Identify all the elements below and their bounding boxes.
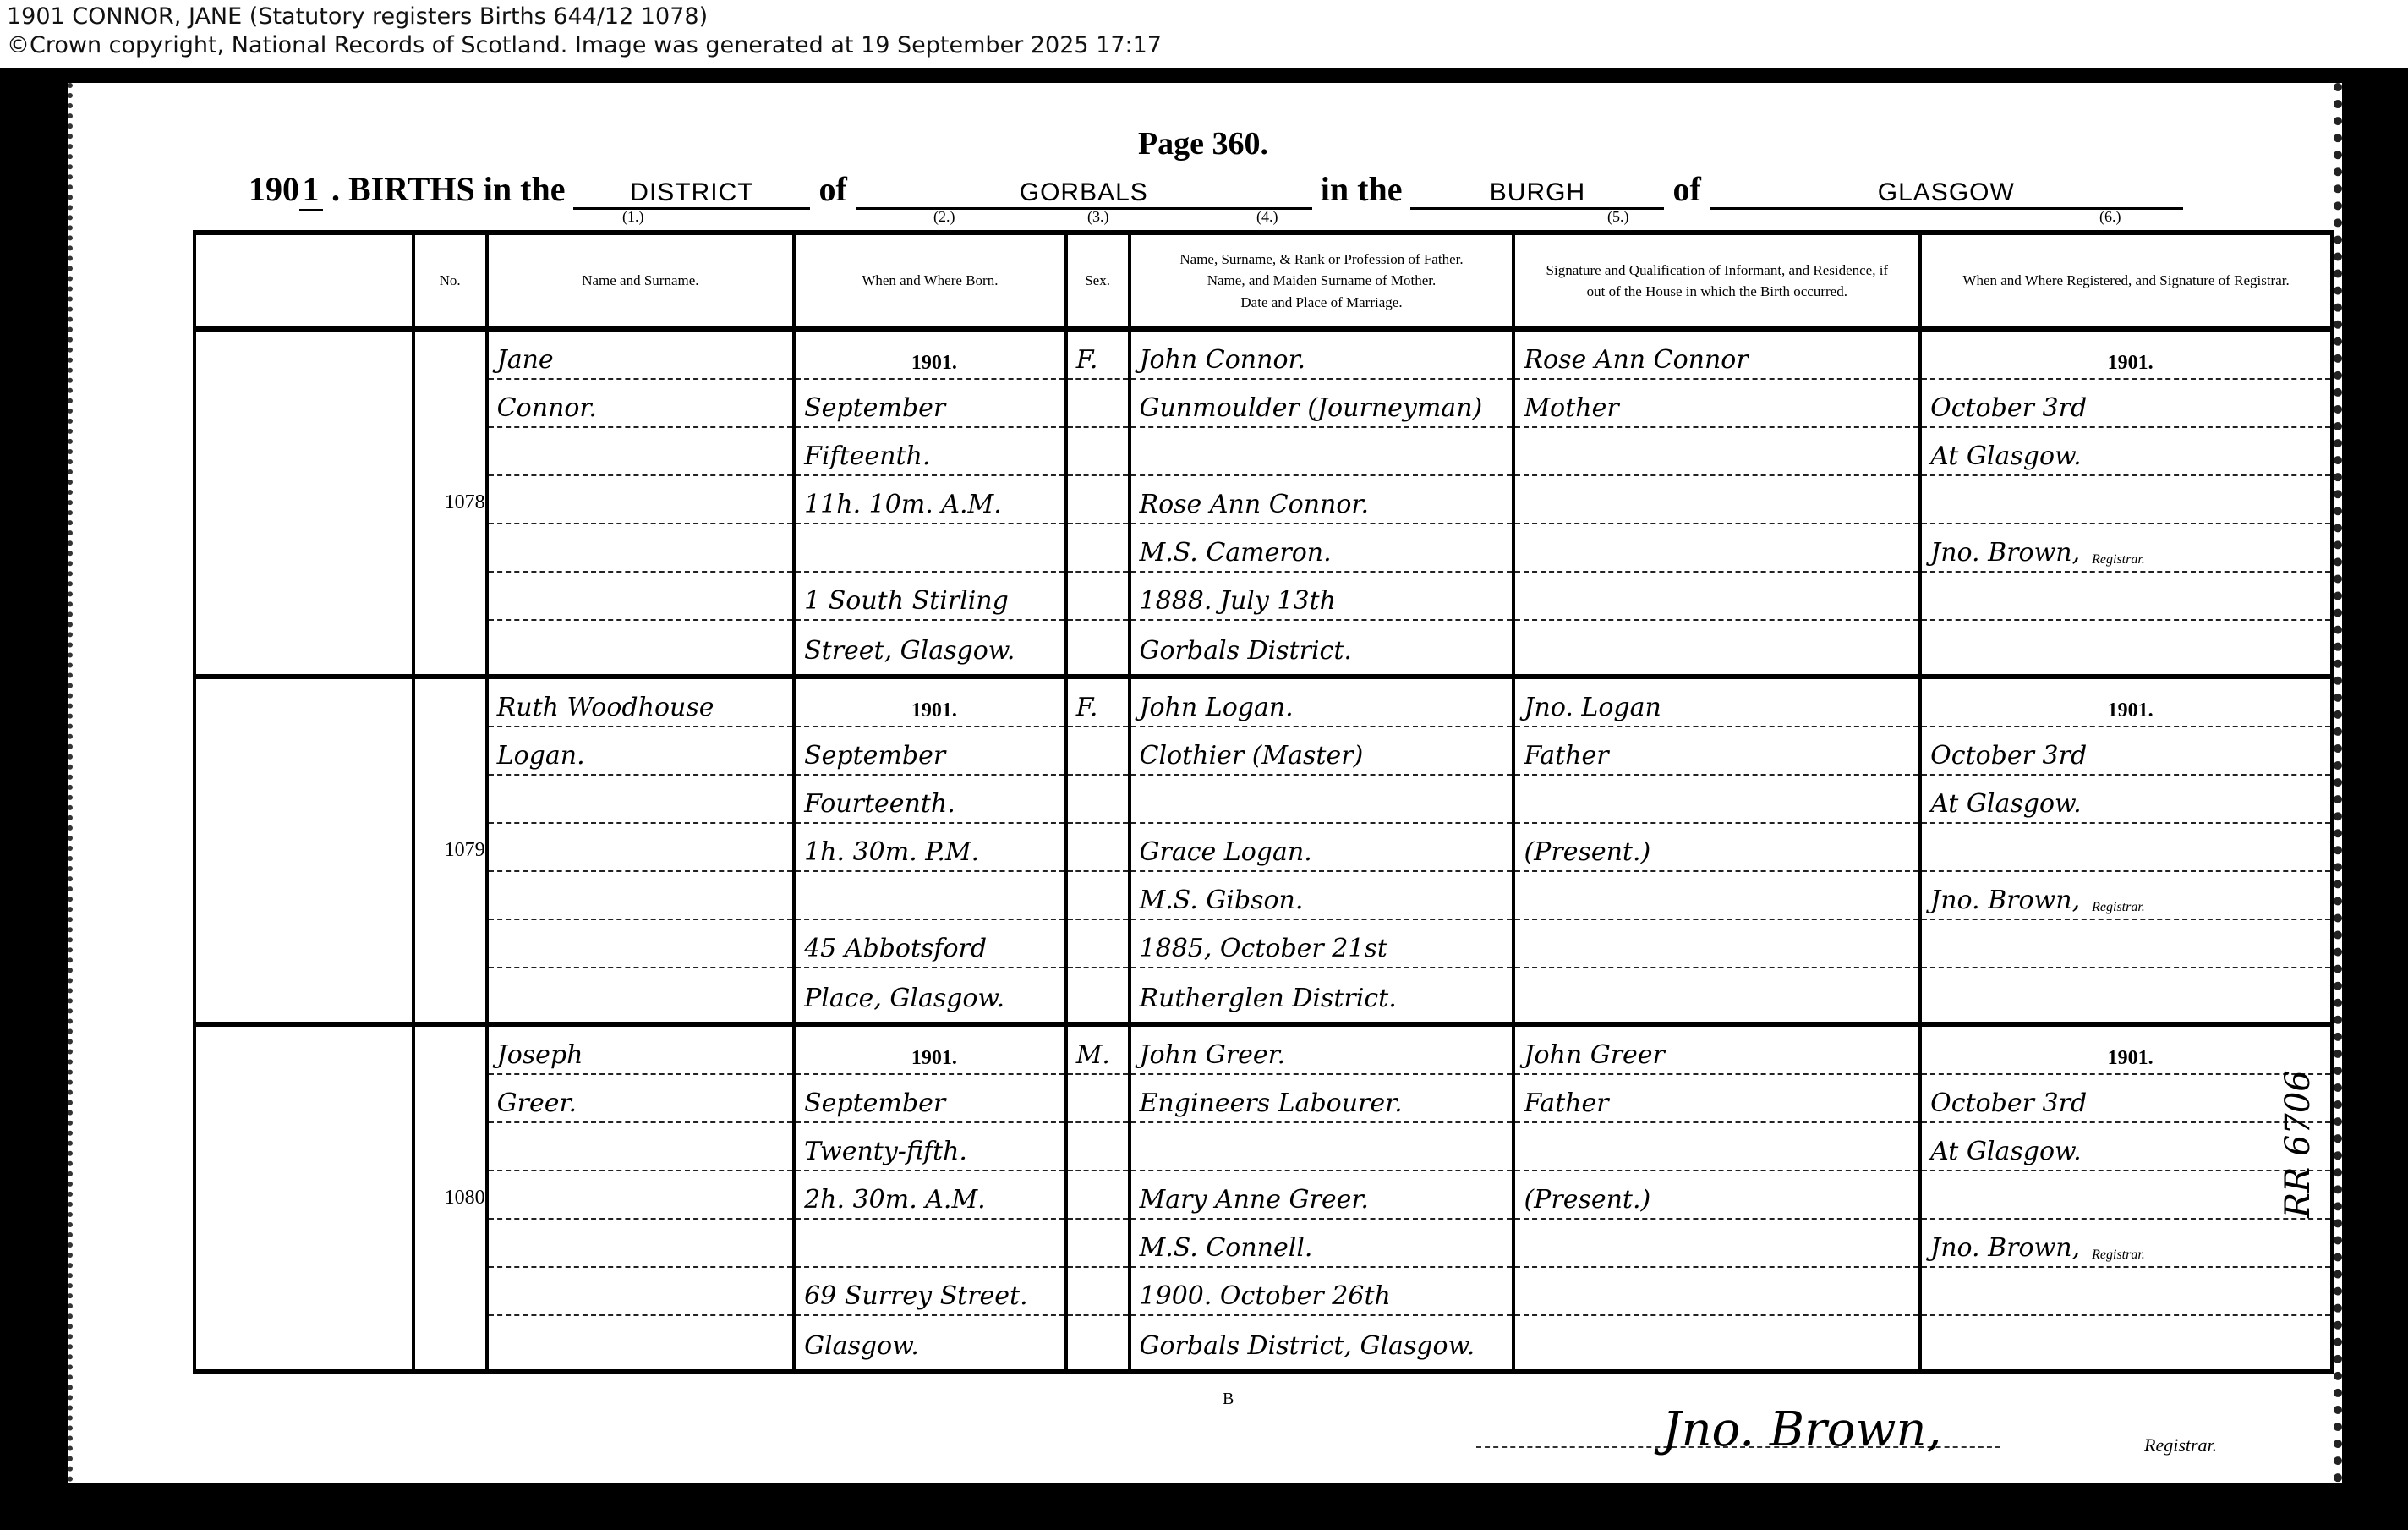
child-name-line: Connor. — [489, 380, 792, 428]
informant-line — [1515, 524, 1918, 573]
registered-line — [1922, 968, 2330, 1017]
header-sex: Sex. — [1066, 233, 1130, 329]
registered-lines: 1901.October 3rdAt Glasgow.Jno. Brown,Re… — [1922, 679, 2330, 1022]
child-name-line: Logan. — [489, 727, 792, 776]
born-line: September — [796, 1075, 1064, 1123]
parents-cell: John Greer.Engineers Labourer.Mary Anne … — [1130, 1024, 1514, 1372]
registrar-signature: Jno. Brown, — [1930, 538, 2080, 568]
registered-cell: 1901.October 3rdAt Glasgow.Jno. Brown,Re… — [1920, 1024, 2332, 1372]
sex-cell: F. — [1066, 329, 1130, 677]
sex-line — [1068, 1316, 1128, 1364]
register-heading: 1901 . BIRTHS in the DISTRICT of GORBALS… — [249, 169, 2183, 211]
parents-line — [1131, 776, 1513, 824]
born-line — [796, 524, 1064, 573]
born-line: September — [796, 380, 1064, 428]
registered-line: October 3rd — [1922, 727, 2330, 776]
margin-cell — [194, 1024, 413, 1372]
child-name-cell: Ruth WoodhouseLogan. — [487, 677, 794, 1024]
parents-line: Gorbals District, Glasgow. — [1131, 1316, 1513, 1364]
sex-line — [1068, 428, 1128, 476]
born-line: Place, Glasgow. — [796, 968, 1064, 1017]
born-line: 11h. 10m. A.M. — [796, 476, 1064, 524]
parents-line: 1885, October 21st — [1131, 920, 1513, 968]
informant-cell: John GreerFather(Present.) — [1513, 1024, 1920, 1372]
informant-line: John Greer — [1515, 1027, 1918, 1075]
entry-number: 1079 — [413, 677, 487, 1024]
born-line: Glasgow. — [796, 1316, 1064, 1364]
born-line: 1h. 30m. P.M. — [796, 824, 1064, 872]
informant-line — [1515, 1316, 1918, 1364]
header-informant: Signature and Qualification of Informant… — [1513, 233, 1920, 329]
district-name: GORBALS — [856, 178, 1312, 210]
sex-value: F. — [1068, 332, 1128, 380]
child-name-lines: Ruth WoodhouseLogan. — [489, 679, 792, 1022]
informant-line: (Present.) — [1515, 824, 1918, 872]
informant-line: Father — [1515, 727, 1918, 776]
child-name-line — [489, 776, 792, 824]
child-name-line — [489, 872, 792, 920]
informant-line — [1515, 476, 1918, 524]
copyright-notice: ©Crown copyright, National Records of Sc… — [7, 32, 1162, 58]
margin-header — [194, 233, 413, 329]
parents-line: Gunmoulder (Journeyman) — [1131, 380, 1513, 428]
informant-lines: Jno. LoganFather(Present.) — [1515, 679, 1918, 1022]
registered-line: Jno. Brown,Registrar. — [1922, 524, 2330, 573]
table-header-row: No. Name and Surname. When and Where Bor… — [194, 233, 2332, 329]
sex-line — [1068, 621, 1128, 669]
registrar-label: Registrar. — [2144, 1434, 2217, 1456]
table-row: 1080JosephGreer.1901.SeptemberTwenty-fif… — [194, 1024, 2332, 1372]
registrar-signature: Jno. Brown, — [1930, 1233, 2080, 1263]
born-line: 1901. — [796, 679, 1064, 727]
registered-lines: 1901.October 3rdAt Glasgow.Jno. Brown,Re… — [1922, 332, 2330, 674]
parents-lines: John Logan.Clothier (Master)Grace Logan.… — [1131, 679, 1513, 1022]
header-parents: Name, Surname, & Rank or Profession of F… — [1130, 233, 1514, 329]
informant-line: Rose Ann Connor — [1515, 332, 1918, 380]
registered-line: 1901. — [1922, 679, 2330, 727]
sex-line — [1068, 776, 1128, 824]
registered-line — [1922, 1268, 2330, 1316]
sex-line — [1068, 1220, 1128, 1268]
registered-line — [1922, 476, 2330, 524]
informant-line — [1515, 872, 1918, 920]
parents-line: 1888. July 13th — [1131, 573, 1513, 621]
margin-cell — [194, 677, 413, 1024]
child-name-line — [489, 1123, 792, 1171]
child-name-line — [489, 573, 792, 621]
parents-line: Rose Ann Connor. — [1131, 476, 1513, 524]
registered-line — [1922, 920, 2330, 968]
table-row: 1079Ruth WoodhouseLogan.1901.SeptemberFo… — [194, 677, 2332, 1024]
registered-line: Jno. Brown,Registrar. — [1922, 1220, 2330, 1268]
sex-line — [1068, 380, 1128, 428]
registrar-signature: Jno. Brown, — [1662, 1402, 1941, 1457]
registered-line: At Glasgow. — [1922, 776, 2330, 824]
parents-line: Engineers Labourer. — [1131, 1075, 1513, 1123]
year-suffix: 1 — [299, 169, 323, 211]
registered-line — [1922, 621, 2330, 669]
informant-lines: John GreerFather(Present.) — [1515, 1027, 1918, 1369]
born-line: 69 Surrey Street. — [796, 1268, 1064, 1316]
entry-number: 1078 — [413, 329, 487, 677]
registered-line: Jno. Brown,Registrar. — [1922, 872, 2330, 920]
registered-line: October 3rd — [1922, 1075, 2330, 1123]
informant-cell: Jno. LoganFather(Present.) — [1513, 677, 1920, 1024]
sex-line — [1068, 524, 1128, 573]
sex-line — [1068, 573, 1128, 621]
sex-value: F. — [1068, 679, 1128, 727]
register-page: Page 360. 1901 . BIRTHS in the DISTRICT … — [68, 83, 2342, 1483]
page-title: Page 360. — [73, 125, 2334, 162]
burgh-type: BURGH — [1410, 178, 1664, 210]
informant-line — [1515, 428, 1918, 476]
sex-lines: F. — [1068, 332, 1128, 674]
margin-cell — [194, 329, 413, 677]
informant-line: Mother — [1515, 380, 1918, 428]
informant-line — [1515, 573, 1918, 621]
child-name-line — [489, 968, 792, 1017]
registered-lines: 1901.October 3rdAt Glasgow.Jno. Brown,Re… — [1922, 1027, 2330, 1369]
informant-cell: Rose Ann ConnorMother — [1513, 329, 1920, 677]
in-the-label: in the — [1321, 170, 1403, 208]
column-number-3: (3.) — [1087, 208, 1109, 226]
registered-line: October 3rd — [1922, 380, 2330, 428]
record-title: 1901 CONNOR, JANE (Statutory registers B… — [7, 3, 708, 30]
child-name-line: Jane — [489, 332, 792, 380]
child-name-lines: JosephGreer. — [489, 1027, 792, 1369]
signature-mark: B — [1223, 1390, 1234, 1409]
registrar-signature: Jno. Brown, — [1930, 886, 2080, 915]
informant-line — [1515, 968, 1918, 1017]
born-line: 1901. — [796, 332, 1064, 380]
header-registered: When and Where Registered, and Signature… — [1920, 233, 2332, 329]
of-label-1: of — [818, 170, 846, 208]
registered-line: 1901. — [1922, 332, 2330, 380]
born-line: Fifteenth. — [796, 428, 1064, 476]
registered-line — [1922, 1171, 2330, 1220]
header-no: No. — [413, 233, 487, 329]
informant-line — [1515, 1123, 1918, 1171]
sex-line — [1068, 1171, 1128, 1220]
born-lines: 1901.SeptemberTwenty-fifth.2h. 30m. A.M.… — [796, 1027, 1064, 1369]
parents-cell: John Connor.Gunmoulder (Journeyman)Rose … — [1130, 329, 1514, 677]
born-line: Twenty-fifth. — [796, 1123, 1064, 1171]
header-mother: Name, and Maiden Surname of Mother. — [1131, 270, 1513, 292]
sex-line — [1068, 1123, 1128, 1171]
informant-line — [1515, 1268, 1918, 1316]
child-name-line — [489, 524, 792, 573]
child-name-cell: JosephGreer. — [487, 1024, 794, 1372]
registrar-label: Registrar. — [2092, 1248, 2145, 1263]
parents-line: M.S. Cameron. — [1131, 524, 1513, 573]
child-name-line — [489, 920, 792, 968]
sex-value: M. — [1068, 1027, 1128, 1075]
burgh-name: GLASGOW — [1710, 178, 2183, 210]
child-name-line — [489, 1268, 792, 1316]
registered-line: At Glasgow. — [1922, 1123, 2330, 1171]
parents-line: John Logan. — [1131, 679, 1513, 727]
born-line — [796, 872, 1064, 920]
sex-line — [1068, 476, 1128, 524]
header-marriage: Date and Place of Marriage. — [1131, 292, 1513, 314]
registered-line — [1922, 824, 2330, 872]
born-line: September — [796, 727, 1064, 776]
born-line: 1 South Stirling — [796, 573, 1064, 621]
child-name-line — [489, 1220, 792, 1268]
sex-line — [1068, 1268, 1128, 1316]
parents-line: 1900. October 26th — [1131, 1268, 1513, 1316]
sex-cell: F. — [1066, 677, 1130, 1024]
registered-line: 1901. — [1922, 1027, 2330, 1075]
parents-line: Mary Anne Greer. — [1131, 1171, 1513, 1220]
parents-lines: John Connor.Gunmoulder (Journeyman)Rose … — [1131, 332, 1513, 674]
births-in-the-label: . BIRTHS in the — [331, 170, 565, 208]
header-name: Name and Surname. — [487, 233, 794, 329]
born-line: Street, Glasgow. — [796, 621, 1064, 669]
parents-lines: John Greer.Engineers Labourer.Mary Anne … — [1131, 1027, 1513, 1369]
parents-cell: John Logan.Clothier (Master)Grace Logan.… — [1130, 677, 1514, 1024]
parents-line: Gorbals District. — [1131, 621, 1513, 669]
parents-line — [1131, 1123, 1513, 1171]
column-number-4: (4.) — [1256, 208, 1278, 226]
born-lines: 1901.SeptemberFifteenth.11h. 10m. A.M.1 … — [796, 332, 1064, 674]
registered-cell: 1901.October 3rdAt Glasgow.Jno. Brown,Re… — [1920, 677, 2332, 1024]
district-type: DISTRICT — [573, 178, 810, 210]
registrar-label: Registrar. — [2092, 900, 2145, 915]
registered-line — [1922, 573, 2330, 621]
sex-lines: F. — [1068, 679, 1128, 1022]
informant-line — [1515, 621, 1918, 669]
born-line: 1901. — [796, 1027, 1064, 1075]
informant-lines: Rose Ann ConnorMother — [1515, 332, 1918, 674]
born-lines: 1901.SeptemberFourteenth.1h. 30m. P.M.45… — [796, 679, 1064, 1022]
sex-line — [1068, 824, 1128, 872]
informant-line — [1515, 776, 1918, 824]
sex-line — [1068, 727, 1128, 776]
informant-line — [1515, 1220, 1918, 1268]
table-row: 1078JaneConnor.1901.SeptemberFifteenth.1… — [194, 329, 2332, 677]
registered-cell: 1901.October 3rdAt Glasgow.Jno. Brown,Re… — [1920, 329, 2332, 677]
born-line: 45 Abbotsford — [796, 920, 1064, 968]
born-line — [796, 1220, 1064, 1268]
child-name-line — [489, 428, 792, 476]
informant-line: Jno. Logan — [1515, 679, 1918, 727]
born-line: Fourteenth. — [796, 776, 1064, 824]
sex-line — [1068, 968, 1128, 1017]
sex-line — [1068, 872, 1128, 920]
parents-line: John Greer. — [1131, 1027, 1513, 1075]
registrar-label: Registrar. — [2092, 552, 2145, 568]
born-line: 2h. 30m. A.M. — [796, 1171, 1064, 1220]
when-where-born-cell: 1901.SeptemberFourteenth.1h. 30m. P.M.45… — [794, 677, 1066, 1024]
informant-line: (Present.) — [1515, 1171, 1918, 1220]
column-number-6: (6.) — [2099, 208, 2121, 226]
of-label-2: of — [1672, 170, 1700, 208]
parents-line: John Connor. — [1131, 332, 1513, 380]
child-name-line: Greer. — [489, 1075, 792, 1123]
sex-line — [1068, 1075, 1128, 1123]
column-number-2: (2.) — [933, 208, 955, 226]
parents-line: M.S. Gibson. — [1131, 872, 1513, 920]
sex-line — [1068, 920, 1128, 968]
child-name-line — [489, 824, 792, 872]
column-number-1: (1.) — [622, 208, 644, 226]
informant-line — [1515, 920, 1918, 968]
child-name-line — [489, 1316, 792, 1364]
header-father: Name, Surname, & Rank or Profession of F… — [1131, 249, 1513, 271]
births-register-table: No. Name and Surname. When and Where Bor… — [193, 230, 2334, 1374]
parents-line: M.S. Connell. — [1131, 1220, 1513, 1268]
registered-line: At Glasgow. — [1922, 428, 2330, 476]
child-name-line — [489, 1171, 792, 1220]
margin-note: RR 6706 — [2279, 1070, 2318, 1218]
sex-cell: M. — [1066, 1024, 1130, 1372]
entries-body: 1078JaneConnor.1901.SeptemberFifteenth.1… — [194, 329, 2332, 1372]
year-prefix: 190 — [249, 170, 299, 208]
child-name-line — [489, 621, 792, 669]
when-where-born-cell: 1901.SeptemberFifteenth.11h. 10m. A.M.1 … — [794, 329, 1066, 677]
registered-line — [1922, 1316, 2330, 1364]
entry-number: 1080 — [413, 1024, 487, 1372]
child-name-line — [489, 476, 792, 524]
when-where-born-cell: 1901.SeptemberTwenty-fifth.2h. 30m. A.M.… — [794, 1024, 1066, 1372]
informant-line: Father — [1515, 1075, 1918, 1123]
column-number-5: (5.) — [1607, 208, 1629, 226]
parents-line: Clothier (Master) — [1131, 727, 1513, 776]
parents-line — [1131, 428, 1513, 476]
child-name-line: Ruth Woodhouse — [489, 679, 792, 727]
child-name-lines: JaneConnor. — [489, 332, 792, 674]
child-name-cell: JaneConnor. — [487, 329, 794, 677]
header-when-where-born: When and Where Born. — [794, 233, 1066, 329]
parents-line: Rutherglen District. — [1131, 968, 1513, 1017]
sex-lines: M. — [1068, 1027, 1128, 1369]
child-name-line: Joseph — [489, 1027, 792, 1075]
parents-line: Grace Logan. — [1131, 824, 1513, 872]
